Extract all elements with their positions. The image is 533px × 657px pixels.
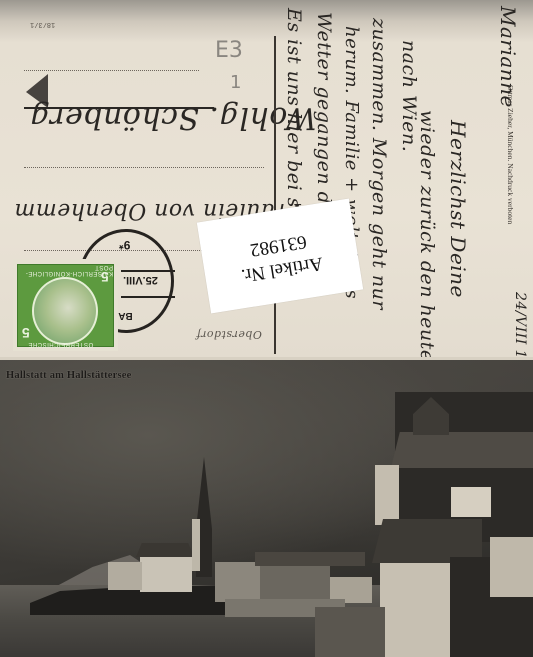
message-line: Herzlichst Deine <box>446 120 470 298</box>
divider-line <box>274 36 276 354</box>
postage-stamp: KAISERLICH-KÖNIGLICHE-POST 5 5 ÖSTERREIC… <box>13 259 118 351</box>
stamp-value: 5 <box>101 269 109 285</box>
roof <box>315 607 385 657</box>
address-line <box>24 167 264 168</box>
photo-caption: Hallstatt am Hallstättersee <box>6 370 132 381</box>
building <box>108 562 142 590</box>
emperor-portrait <box>32 277 98 345</box>
publisher-line: Ottmar Zieher, München. Nachdruck verbot… <box>506 85 515 224</box>
pencil-mark: 1 <box>230 72 241 93</box>
pencil-note: Oberstdorf <box>196 328 262 341</box>
address-line <box>24 70 199 71</box>
church-tower <box>192 519 200 571</box>
building <box>451 487 491 517</box>
postcard-photo: Hallstatt am Hallstättersee <box>0 357 533 657</box>
church-tower <box>375 465 399 525</box>
underline <box>24 107 214 109</box>
roof <box>255 552 365 566</box>
date-note: 24/VIII 16 <box>512 292 528 357</box>
stamp-text: KAISERLICH-KÖNIGLICHE-POST <box>24 264 113 276</box>
building <box>490 537 533 597</box>
serial-number: 18/3/1 <box>30 20 55 28</box>
photo-border <box>0 357 533 360</box>
stamp-value: 5 <box>22 325 30 341</box>
building <box>140 552 192 592</box>
stamp-text: ÖSTERREICHISCHE <box>28 341 93 347</box>
flourish <box>26 74 48 108</box>
house <box>380 557 450 657</box>
postmark-date: 25.VIII. <box>123 274 158 286</box>
postcard-back: 18/3/1 E3 1 Wohlg. Schönberg Fräulein vo… <box>0 0 533 357</box>
roof <box>136 543 194 557</box>
message-line: wieder zurück den heute auf <box>416 110 438 357</box>
pencil-mark: E3 <box>215 38 243 63</box>
stamp-face: KAISERLICH-KÖNIGLICHE-POST 5 5 ÖSTERREIC… <box>17 264 114 347</box>
postmark-number: 9* <box>119 238 130 252</box>
church-roof <box>385 432 533 468</box>
message-line: zusammen. Morgen geht nur <box>368 18 390 310</box>
